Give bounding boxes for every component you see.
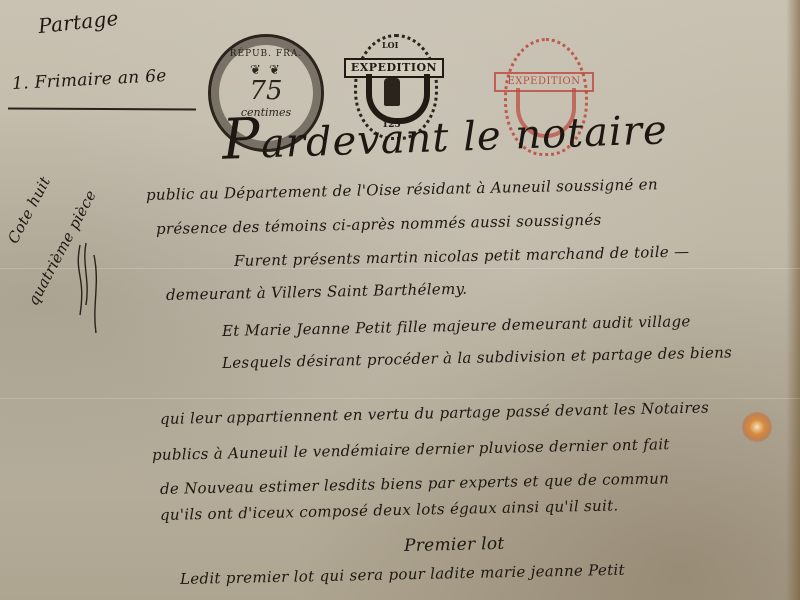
document-page: Partage 1. Frimaire an 6e RÉPUB. FRA. ❦ … (0, 0, 800, 600)
margin-note-line1: Cote huit (4, 174, 54, 247)
body-line: publics à Auneuil le vendémiaire dernier… (152, 435, 670, 464)
heading-text: ardevant le notaire (260, 107, 668, 167)
body-line: public au Département de l'Oise résidant… (146, 175, 658, 204)
tax-stamp-value: 75 (249, 76, 282, 106)
body-line: de Nouveau estimer lesdits biens par exp… (160, 469, 669, 498)
paper-edge-shadow (786, 0, 800, 600)
document-date: 1. Frimaire an 6e (12, 66, 168, 94)
header-rule (8, 108, 196, 111)
body-line: Et Marie Jeanne Petit fille majeure deme… (222, 312, 691, 340)
tax-stamp-ring-text: RÉPUB. FRA. (230, 49, 303, 59)
body-line: demeurant à Villers Saint Barthélemy. (166, 280, 468, 304)
paper-fold-line (0, 268, 800, 269)
document-title: Partage (37, 6, 120, 38)
body-line: Ledit premier lot qui sera pour ladite m… (180, 561, 625, 588)
laurel-icon: ❦ ❦ (250, 63, 282, 78)
ink-stain (742, 412, 772, 442)
section-heading: Premier lot (404, 534, 505, 556)
paraph-signature-icon (72, 235, 102, 335)
body-line: présence des témoins ci-après nommés aus… (156, 211, 602, 238)
body-line: Furent présents martin nicolas petit mar… (234, 242, 690, 270)
stamp-top-text: LOI (382, 40, 398, 50)
body-line: qui leur appartiennent en vertu du parta… (160, 399, 709, 428)
body-line: qu'ils ont d'iceux composé deux lots éga… (160, 496, 619, 524)
body-line: Lesquels désirant procéder à la subdivis… (222, 343, 732, 372)
heading-initial: P (221, 106, 262, 172)
